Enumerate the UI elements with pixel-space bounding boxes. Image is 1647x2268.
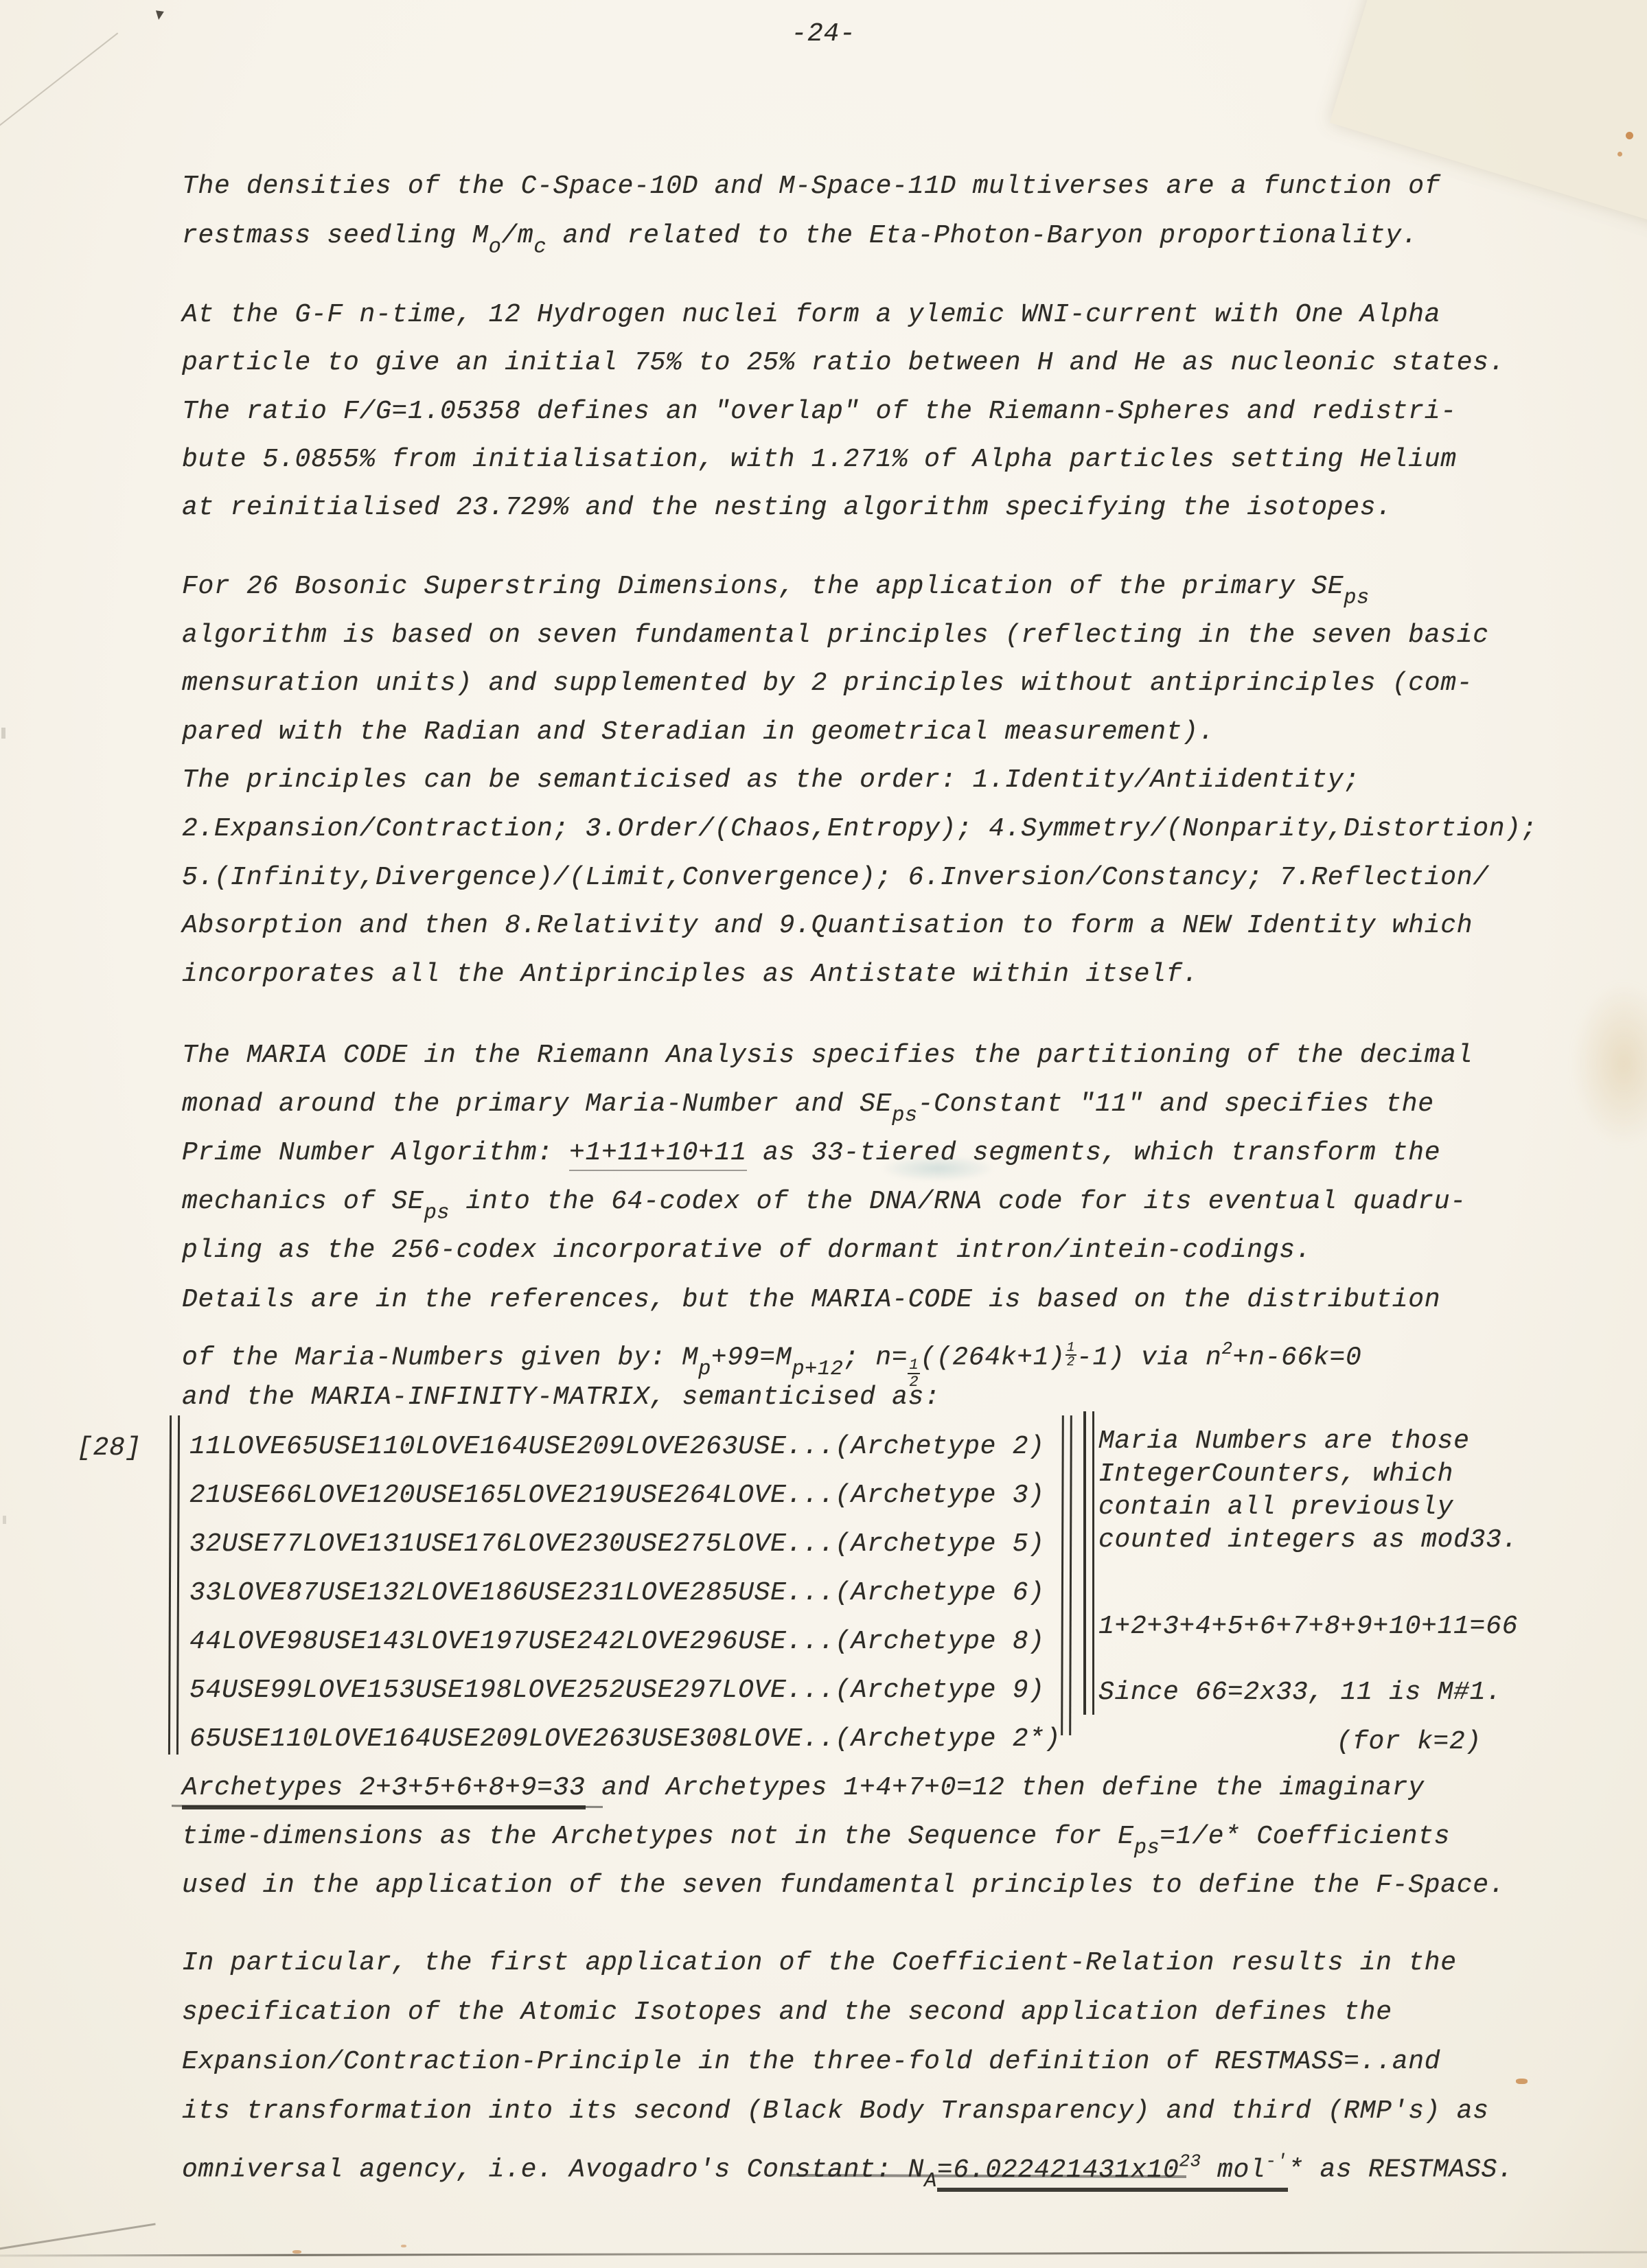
text-line: 1+2+3+4+5+6+7+8+9+10+11=66: [1098, 1612, 1518, 1642]
text-line: 54USE99LOVE153USE198LOVE252USE297LOVE...…: [189, 1676, 1045, 1706]
scan-edge-bottom-left-diagonal: [0, 2223, 156, 2252]
paper-stain: [1572, 982, 1647, 1146]
text-line: The principles can be semanticised as th…: [182, 765, 1360, 796]
text-line: monad around the primary Maria-Number an…: [182, 1089, 1434, 1131]
text-line: omniversal agency, i.e. Avogadro's Const…: [182, 2146, 1514, 2197]
foxing-dot: [401, 2245, 406, 2247]
text-line: used in the application of the seven fun…: [182, 1871, 1505, 1901]
text-line: The ratio F/G=1.05358 defines an "overla…: [182, 397, 1457, 427]
text-line: 33LOVE87USE132LOVE186USE231LOVE285USE...…: [189, 1578, 1045, 1608]
page-number: -24-: [0, 19, 1647, 49]
text-line: 65USE110LOVE164USE209LOVE263USE308LOVE..…: [189, 1724, 1061, 1755]
text-line: Absorption and then 8.Relativity and 9.Q…: [182, 911, 1473, 941]
left-edge-mark: [1, 728, 5, 739]
text-line: 2.Expansion/Contraction; 3.Order/(Chaos,…: [182, 814, 1537, 844]
text-line: and the MARIA-INFINITY-MATRIX, semantici…: [182, 1382, 941, 1413]
text-line: 11LOVE65USE110LOVE164USE209LOVE263USE...…: [189, 1432, 1045, 1462]
text-line: Details are in the references, but the M…: [182, 1285, 1440, 1315]
foxing-dot: [1626, 132, 1633, 139]
foxing-dot: [1617, 152, 1622, 157]
text-line: The densities of the C-Space-10D and M-S…: [182, 172, 1440, 202]
text-line: time-dimensions as the Archetypes not in…: [182, 1822, 1450, 1864]
text-line: at reinitialised 23.729% and the nesting…: [182, 493, 1392, 523]
text-line: 5.(Infinity,Divergence)/(Limit,Convergen…: [182, 863, 1489, 893]
foxing-dot: [1516, 2079, 1528, 2084]
text-line: IntegerCounters, which: [1098, 1459, 1453, 1490]
text-line: The MARIA CODE in the Riemann Analysis s…: [182, 1041, 1473, 1071]
text-line: mensuration units) and supplemented by 2…: [182, 669, 1473, 699]
text-line: Since 66=2x33, 11 is M#1.: [1098, 1678, 1502, 1708]
text-line: Expansion/Contraction-Principle in the t…: [182, 2047, 1440, 2077]
text-line: Prime Number Algorithm: +1+11+10+11 as 3…: [182, 1138, 1440, 1168]
text-line: its transformation into its second (Blac…: [182, 2096, 1489, 2127]
text-line: For 26 Bosonic Superstring Dimensions, t…: [182, 572, 1370, 614]
text-line: mechanics of SEps into the 64-codex of t…: [182, 1187, 1466, 1229]
text-line: Maria Numbers are those: [1098, 1426, 1470, 1457]
text-line: counted integers as mod33.: [1098, 1525, 1518, 1555]
matrix-left-double-rule: [168, 1415, 180, 1755]
text-line: At the G-F n-time, 12 Hydrogen nuclei fo…: [182, 300, 1440, 330]
matrix-right-double-rule: [1061, 1415, 1072, 1735]
side-note-double-rule: [1083, 1411, 1094, 1715]
reference-label: [28]: [77, 1433, 141, 1463]
left-edge-mark: [3, 1516, 6, 1524]
text-line: In particular, the first application of …: [182, 1948, 1457, 1978]
text-line: algorithm is based on seven fundamental …: [182, 621, 1489, 651]
text-line: particle to give an initial 75% to 25% r…: [182, 348, 1505, 378]
scan-edge-bottom-line: [0, 2251, 1647, 2256]
foxing-dot: [292, 2250, 301, 2254]
text-line: incorporates all the Antiprinciples as A…: [182, 960, 1199, 990]
text-line: specification of the Atomic Isotopes and…: [182, 1998, 1392, 2028]
text-line: pared with the Radian and Steradian in g…: [182, 717, 1214, 748]
text-line: 21USE66LOVE120USE165LOVE219USE264LOVE...…: [189, 1481, 1045, 1511]
text-line: 32USE77LOVE131USE176LOVE230USE275LOVE...…: [189, 1529, 1045, 1560]
text-line: 44LOVE98USE143LOVE197USE242LOVE296USE...…: [189, 1627, 1045, 1657]
text-line: Archetypes 2+3+5+6+8+9=33 and Archetypes…: [182, 1773, 1425, 1803]
text-line: (for k=2): [1098, 1727, 1482, 1757]
text-line: of the Maria-Numbers given by: Mp+99=Mp+…: [182, 1334, 1362, 1390]
scanned-typewritten-page: -24- The densities of the C-Space-10D an…: [0, 0, 1647, 2268]
text-line: contain all previously: [1098, 1492, 1453, 1523]
text-line: restmass seedling Mo/mc and related to t…: [182, 221, 1418, 263]
text-line: bute 5.0855% from initialisation, with 1…: [182, 445, 1457, 475]
text-line: pling as the 256-codex incorporative of …: [182, 1236, 1311, 1266]
